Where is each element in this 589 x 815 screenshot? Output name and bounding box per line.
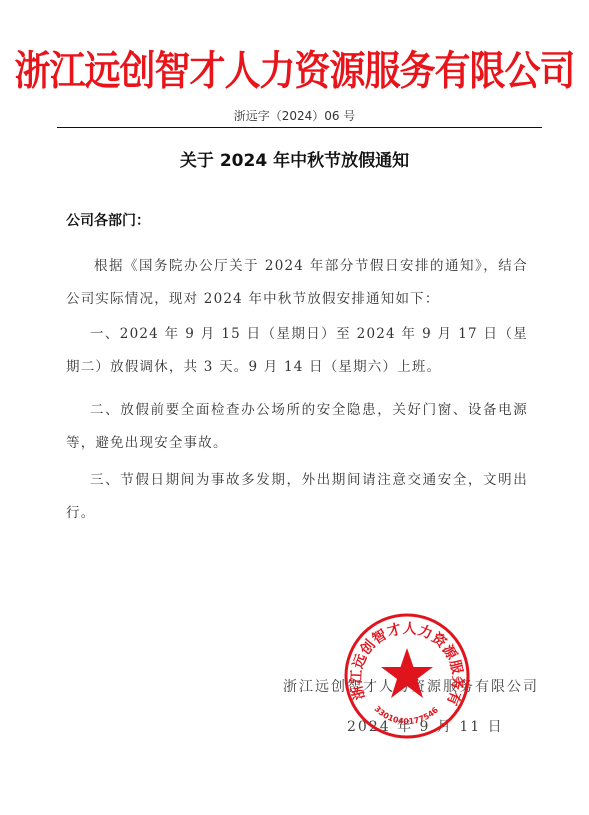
salutation: 公司各部门： xyxy=(66,210,150,230)
company-seal-icon: 浙江远创智才人力资源服务有限公司 3301040177546 xyxy=(343,612,471,740)
org-header-title: 浙江远创智才人力资源服务有限公司 xyxy=(0,47,589,96)
paragraph-item-2: 二、放假前要全面检查办公场所的安全隐患，关好门窗、设备电源等，避免出现安全事故。 xyxy=(66,394,528,460)
date-part: 1 日 xyxy=(470,716,503,736)
paragraph-intro: 根据《国务院办公厅关于 2024 年部分节假日安排的通知》，结合公司实际情况，现… xyxy=(66,250,528,316)
paragraph-item-1: 一、2024 年 9 月 15 日（星期日）至 2024 年 9 月 17 日（… xyxy=(66,318,528,384)
svg-text:3301040177546: 3301040177546 xyxy=(372,704,440,726)
document-title: 关于 2024 年中秋节放假通知 xyxy=(0,146,589,171)
document-page: 浙江远创智才人力资源服务有限公司 浙远字（2024）06 号 关于 2024 年… xyxy=(0,0,589,815)
paragraph-item-3: 三、节假日期间为事故多发期，外出期间请注意交通安全，文明出行。 xyxy=(66,464,528,530)
header-divider xyxy=(57,127,542,128)
document-number: 浙远字（2024）06 号 xyxy=(0,107,589,124)
